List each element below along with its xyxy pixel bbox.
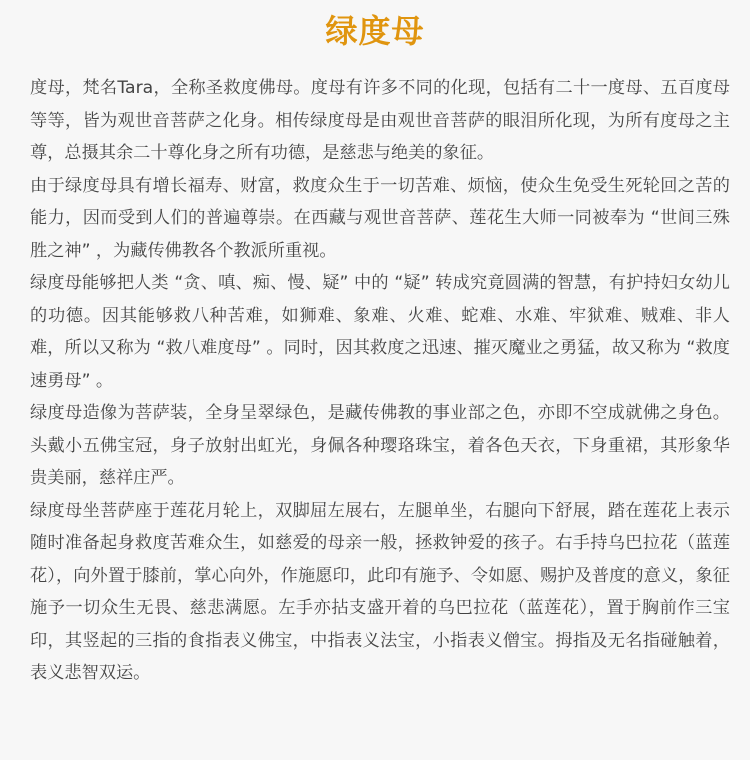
paragraph-veneration: 由于绿度母具有增长福寿、财富，救度众生于一切苦难、烦恼，使众生免受生死轮回之苦的… xyxy=(30,170,730,268)
paragraph-eight-perils: 绿度母能够把人类 “贪、嗔、痴、慢、疑” 中的 “疑” 转成究竟圆满的智慧，有护… xyxy=(30,267,730,397)
page-title: 绿度母 xyxy=(0,8,750,54)
paragraph-posture-mudras: 绿度母坐菩萨座于莲花月轮上，双脚屈左展右，左腿单坐，右腿向下舒展，踏在莲花上表示… xyxy=(30,495,730,690)
article-body: 度母，梵名Tara，全称圣救度佛母。度母有许多不同的化现，包括有二十一度母、五百… xyxy=(30,72,730,690)
paragraph-intro: 度母，梵名Tara，全称圣救度佛母。度母有许多不同的化现，包括有二十一度母、五百… xyxy=(30,72,730,170)
paragraph-iconography: 绿度母造像为菩萨装，全身呈翠绿色，是藏传佛教的事业部之色，亦即不空成就佛之身色。… xyxy=(30,397,730,495)
